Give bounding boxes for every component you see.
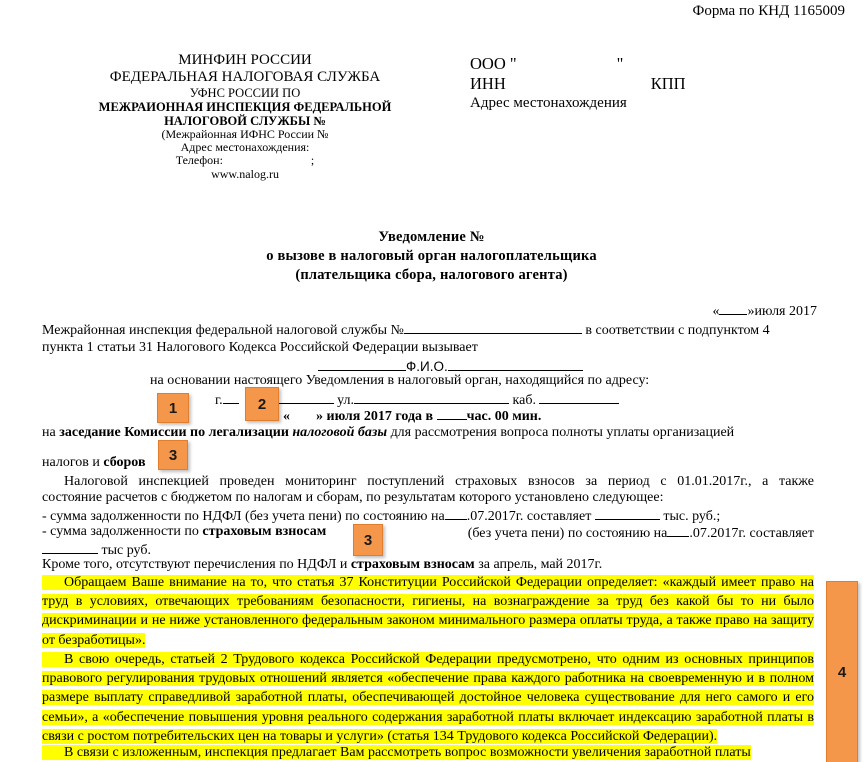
phone-suffix: ; [311,153,314,167]
purpose-text-1: на [42,425,59,440]
debt-ndfl-text-a: - сумма задолженности по НДФЛ (без учета… [42,509,445,524]
title-line-1: Уведомление № [0,228,863,247]
purpose-bold: заседание Комиссии по легализации [59,425,292,440]
purpose-line-2: налогов и сборов [42,455,146,471]
intro-line-1: Межрайонная инспекция федеральной налого… [42,321,770,339]
city-label: г. [215,393,223,408]
meeting-datetime: «» июля 2017 года в час. 00 мин. [283,407,541,425]
meeting-mid: » июля 2017 года в [316,409,437,424]
issuer-service: ФЕДЕРАЛЬНАЯ НАЛОГОВАЯ СЛУЖБА [60,69,430,86]
title-line-2: о вызове в налоговый орган налогоплатель… [0,247,863,266]
notice-title: Уведомление № о вызове в налоговый орган… [0,228,863,285]
fio-label: Ф.И.О. [406,359,448,374]
constitution-paragraph: Обращаем Ваше внимание на то, что статья… [42,573,814,650]
office-label: каб. [509,393,539,408]
absent-bold: страховым взносам [351,557,475,572]
date-day-blank[interactable] [719,302,747,315]
annotation-badge-4[interactable]: 4 [826,581,858,762]
issuer-phone: Телефон:; [60,154,430,167]
debt-insurance-line: - сумма задолженности по страховым взнос… [42,524,814,542]
issuer-ufns: УФНС РОССИИ ПО [60,86,430,100]
recipient-address-label: Адрес местонахождения [470,94,686,112]
intro-line-2: пункта 1 статьи 31 Налогового Кодекса Ро… [42,340,478,356]
issuer-short-name: (Межрайонная ИФНС России № [60,128,430,141]
phone-label: Телефон: [176,153,223,167]
debt-ins-text-d: тыс руб. [98,543,151,558]
debt-ndfl-text-c: тыс. руб.; [660,509,720,524]
annotation-badge-3b[interactable]: 3 [353,524,383,556]
meeting-end: час. 00 мин. [467,409,542,424]
absent-payments-line: Кроме того, отсутствуют перечисления по … [42,557,602,573]
org-suffix: " [617,54,624,73]
office-blank[interactable] [539,391,619,404]
intro-text-b: в соответствии с подпунктом 4 [582,323,770,338]
title-line-3: (плательщика сбора, налогового агента) [0,266,863,285]
proposal-text: В связи с изложенным, инспекция предлага… [64,745,751,760]
fio-blank-left[interactable] [318,358,406,371]
recipient-org: ООО "" [470,54,686,74]
street-label: ул. [334,393,354,408]
meeting-open: « [283,409,290,424]
recipient-inn-kpp: ИННКПП [470,74,686,94]
debt-ins-text-c: .07.2017г. составляет [689,526,814,541]
purpose-text-3: налогов и [42,455,103,470]
date-open: « [712,304,719,319]
inspection-number-blank[interactable] [404,321,582,334]
purpose-italic: налоговой базы [292,425,387,440]
basis-line: на основании настоящего Уведомления в на… [150,373,649,389]
city-blank-2[interactable] [279,391,334,404]
absent-text-a: Кроме того, отсутствуют перечисления по … [42,557,351,572]
debt-ins-day-blank[interactable] [667,524,689,537]
issuer-website[interactable]: www.nalog.ru [60,168,430,181]
date-close: »июля 2017 [747,304,817,319]
proposal-paragraph: В связи с изложенным, инспекция предлага… [42,743,814,762]
kpp-label: КПП [651,74,686,93]
absent-text-b: за апрель, май 2017г. [475,557,602,572]
notice-date: «»июля 2017 [712,302,817,320]
labor-code-text: В свою очередь, статьей 2 Трудового коде… [42,652,814,744]
issuer-block: МИНФИН РОССИИ ФЕДЕРАЛЬНАЯ НАЛОГОВАЯ СЛУЖ… [60,52,430,181]
labor-code-paragraph: В свою очередь, статьей 2 Трудового коде… [42,650,814,746]
meeting-hour-blank[interactable] [437,407,467,420]
purpose-line: на заседание Комиссии по легализации нал… [42,425,734,441]
purpose-text-2: для рассмотрения вопроса полноты уплаты … [387,425,734,440]
monitoring-line-1: Налоговой инспекцией проведен мониторинг… [64,474,814,490]
debt-ins-text-a: - сумма задолженности по [42,524,202,539]
monitoring-line-2: состояние расчетов с бюджетом по налогам… [42,490,663,506]
debt-ndfl-line: - сумма задолженности по НДФЛ (без учета… [42,507,720,525]
recipient-block: ООО "" ИННКПП Адрес местонахождения [470,54,686,112]
debt-ins-text-b: (без учета пени) по состоянию на [468,526,668,541]
debt-ndfl-day-blank[interactable] [445,507,467,520]
issuer-inspection-2: НАЛОГОВОЙ СЛУЖБЫ № [60,114,430,128]
constitution-text: Обращаем Ваше внимание на то, что статья… [42,575,814,648]
intro-text-a: Межрайонная инспекция федеральной налого… [42,323,404,338]
org-prefix: ООО " [470,54,517,73]
debt-ins-amount-blank[interactable] [42,541,98,554]
debt-ndfl-amount-blank[interactable] [595,507,660,520]
annotation-badge-3a[interactable]: 3 [158,440,188,470]
city-blank[interactable] [223,391,239,404]
purpose-bold-3: сборов [103,455,145,470]
debt-ins-bold: страховым взносам [202,524,326,539]
issuer-ministry: МИНФИН РОССИИ [60,52,430,69]
street-blank[interactable] [354,391,509,404]
issuer-inspection-1: МЕЖРАИОННАЯ ИНСПЕКЦИЯ ФЕДЕРАЛЬНОЙ [60,100,430,114]
fio-blank-right[interactable] [448,358,583,371]
inn-label: ИНН [470,74,506,93]
debt-ndfl-text-b: .07.2017г. составляет [467,509,595,524]
annotation-badge-2[interactable]: 2 [245,387,279,421]
form-code: Форма по КНД 1165009 [693,3,845,20]
fio-line: Ф.И.О. [318,358,583,374]
annotation-badge-1[interactable]: 1 [157,393,189,423]
issuer-address-label: Адрес местонахождения: [60,141,430,154]
